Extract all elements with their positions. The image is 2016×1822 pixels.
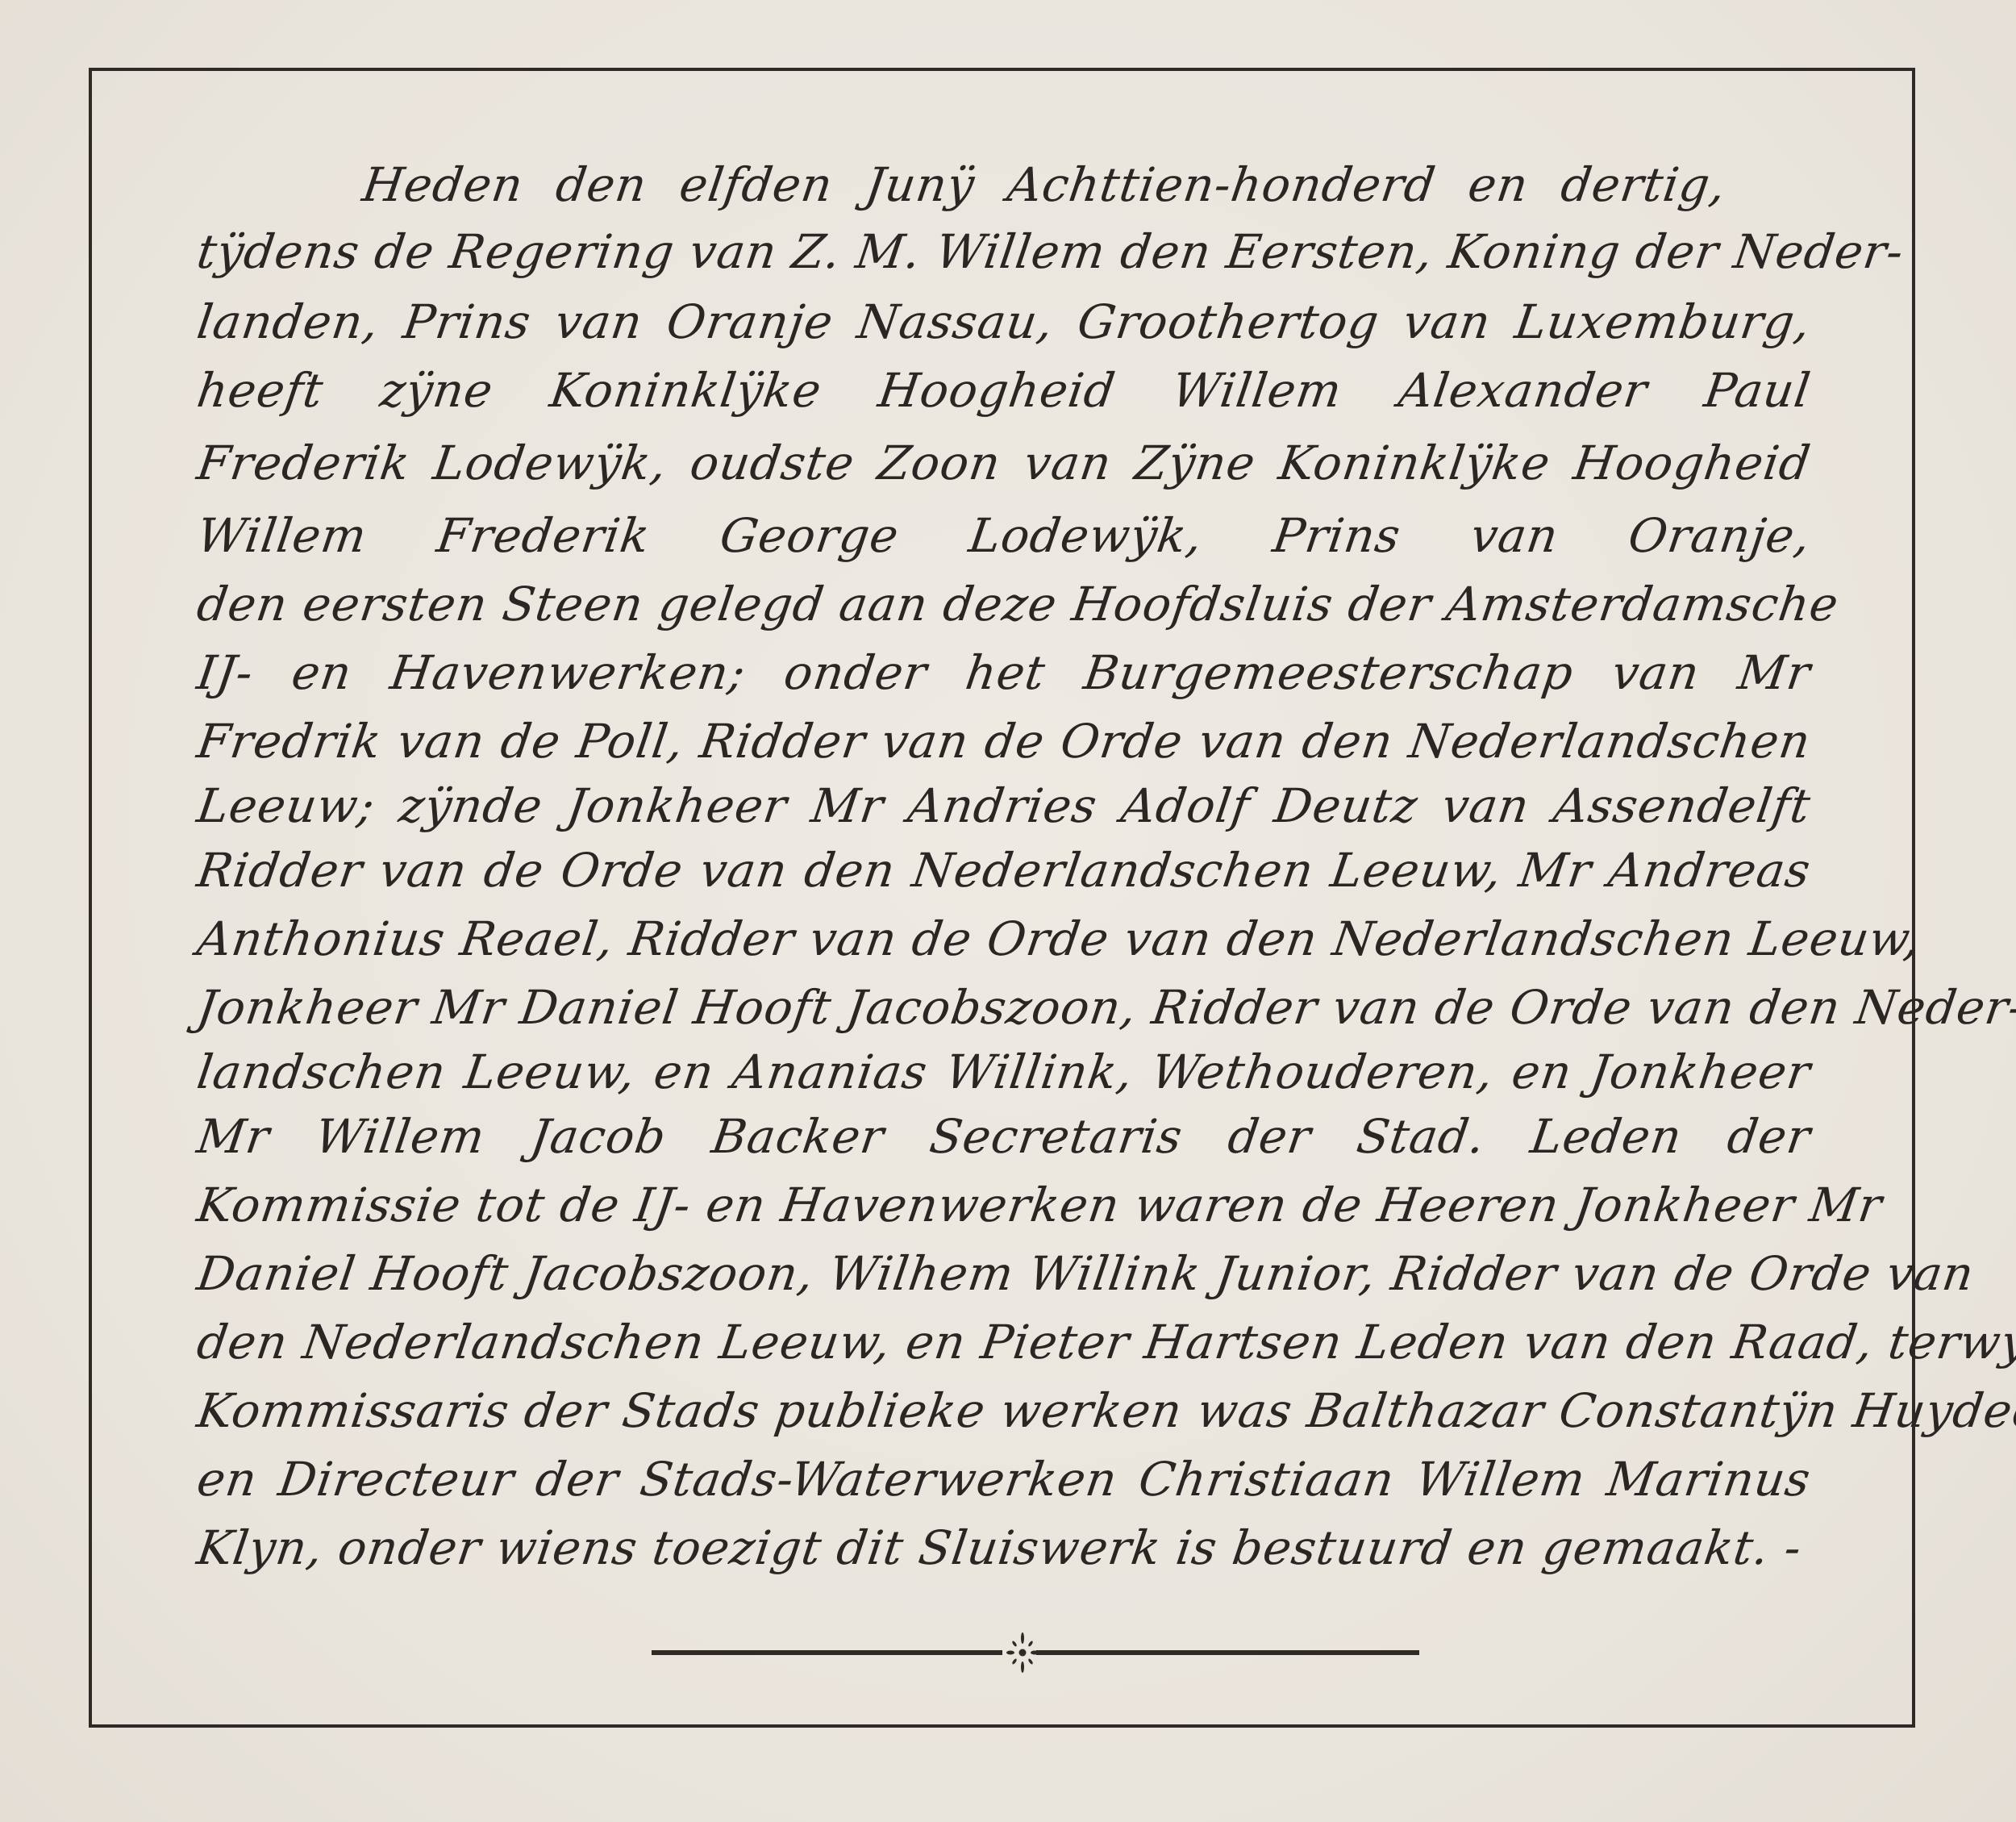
- text-line: Kommissaris der Stads publieke werken wa…: [194, 1387, 1814, 1434]
- text-line: landschen Leeuw, en Ananias Willink, Wet…: [194, 1049, 1814, 1095]
- flower-ornament-icon: [1006, 1631, 1039, 1675]
- text-line: den eersten Steen gelegd aan deze Hoofds…: [194, 581, 1814, 627]
- text-line: Ridder van de Orde van den Nederlandsche…: [194, 847, 1814, 894]
- text-line: Mr Willem Jacob Backer Secretaris der St…: [194, 1113, 1814, 1160]
- text-line: Willem Frederik George Lodewÿk, Prins va…: [194, 512, 1814, 559]
- text-line: Frederik Lodewÿk, oudste Zoon van Zÿne K…: [194, 440, 1814, 486]
- text-line: Fredrik van de Poll, Ridder van de Orde …: [194, 718, 1814, 765]
- text-line: den Nederlandschen Leeuw, en Pieter Hart…: [194, 1319, 1814, 1365]
- text-line: landen, Prins van Oranje Nassau, Groothe…: [194, 298, 1814, 345]
- text-line: tÿdens de Regering van Z. M. Willem den …: [194, 228, 1814, 275]
- text-line: en Directeur der Stads-Waterwerken Chris…: [194, 1456, 1814, 1503]
- inscription-text: Heden den elfden Junÿ Achttien-honderd e…: [0, 0, 2016, 1822]
- text-line: heeft zÿne Koninklÿke Hoogheid Willem Al…: [194, 367, 1814, 414]
- text-line: Daniel Hooft Jacobszoon, Wilhem Willink …: [194, 1250, 1814, 1297]
- text-line: Heden den elfden Junÿ Achttien-honderd e…: [360, 161, 1729, 208]
- text-line: Leeuw; zÿnde Jonkheer Mr Andries Adolf D…: [194, 782, 1814, 829]
- divider-rule-left: [652, 1650, 1002, 1655]
- text-line: Anthonius Reael, Ridder van de Orde van …: [194, 915, 1814, 962]
- text-line: Jonkheer Mr Daniel Hooft Jacobszoon, Rid…: [194, 984, 1814, 1031]
- text-line: Kommissie tot de IJ- en Havenwerken ware…: [194, 1182, 1814, 1228]
- text-line: Klyn, onder wiens toezigt dit Sluiswerk …: [194, 1524, 1652, 1571]
- text-line: IJ- en Havenwerken; onder het Burgemeest…: [194, 649, 1814, 696]
- divider-rule-right: [1036, 1650, 1419, 1655]
